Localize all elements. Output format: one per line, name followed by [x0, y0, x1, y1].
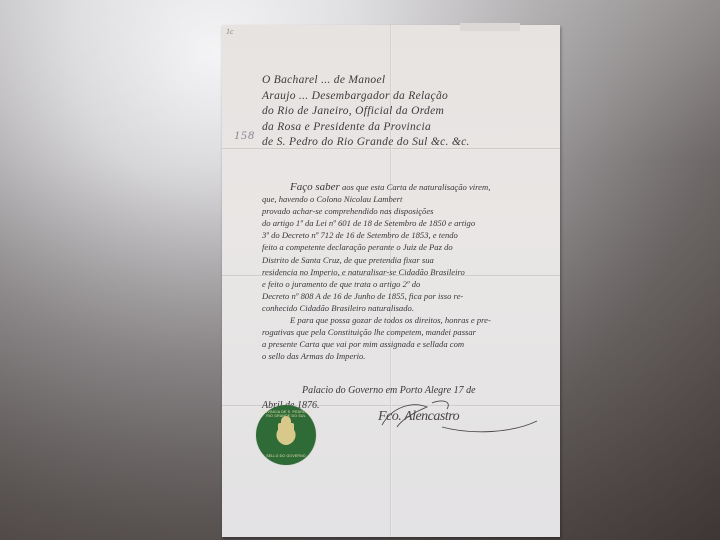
- body-line: rogativas que pela Constituição lhe comp…: [262, 326, 552, 338]
- coat-of-arms-icon: [278, 423, 294, 445]
- body-title: Faço saber: [290, 181, 340, 193]
- body-line: e feito o juramento de que trata o artig…: [262, 278, 552, 290]
- body-line: que, havendo o Colono Nicolau Lambert: [262, 193, 552, 205]
- body-line: provado achar-se comprehendido nas dispo…: [262, 205, 552, 217]
- body-line: 3º do Decreto nº 712 de 16 de Setembro d…: [262, 229, 552, 241]
- header-line: do Rio de Janeiro, Official da Ordem: [262, 104, 552, 120]
- corner-mark: 1c: [226, 27, 234, 36]
- certificate-body: Faço saber aos que esta Carta de natural…: [262, 181, 552, 362]
- document-paper: 1c O Bacharel ... de Manoel Araujo ... D…: [222, 25, 560, 537]
- header-line: da Rosa e Presidente da Provincia: [262, 120, 552, 136]
- body-line: aos que esta Carta de naturalisação vire…: [342, 182, 490, 192]
- header-line: de S. Pedro do Rio Grande do Sul &c. &c.: [262, 135, 552, 151]
- body-line: o sello das Armas do Imperio.: [262, 350, 552, 362]
- body-line: residencia no Imperio, e naturalisar-se …: [262, 266, 552, 278]
- body-line: E para que possa gozar de todos os direi…: [262, 314, 552, 326]
- government-seal: PROVINCIA DE S. PEDRO DO RIO GRANDE DO S…: [256, 405, 316, 465]
- seal-bottom-text: SELLO DO GOVERNO: [256, 454, 316, 458]
- body-line: conhecido Cidadão Brasileiro naturalisad…: [262, 302, 552, 314]
- header-line: Araujo ... Desembargador da Relação: [262, 89, 552, 105]
- issuer-header: O Bacharel ... de Manoel Araujo ... Dese…: [262, 73, 552, 151]
- body-line: a presente Carta que vai por mim assigna…: [262, 338, 552, 350]
- signature: Fco. Alencastro: [372, 397, 542, 437]
- body-line: Distrito de Santa Cruz, de que pretendia…: [262, 254, 552, 266]
- header-line: O Bacharel ... de Manoel: [262, 73, 552, 89]
- signature-text: Fco. Alencastro: [378, 409, 459, 425]
- place-date-line: Palacio do Governo em Porto Alegre 17 de: [262, 383, 552, 398]
- file-number: 158: [234, 128, 255, 143]
- paper-tab: [460, 23, 520, 31]
- body-line: feito a competente declaração perante o …: [262, 241, 552, 253]
- body-line: do artigo 1º da Lei nº 601 de 18 de Sete…: [262, 217, 552, 229]
- body-line: Decreto nº 808 A de 16 de Junho de 1855,…: [262, 290, 552, 302]
